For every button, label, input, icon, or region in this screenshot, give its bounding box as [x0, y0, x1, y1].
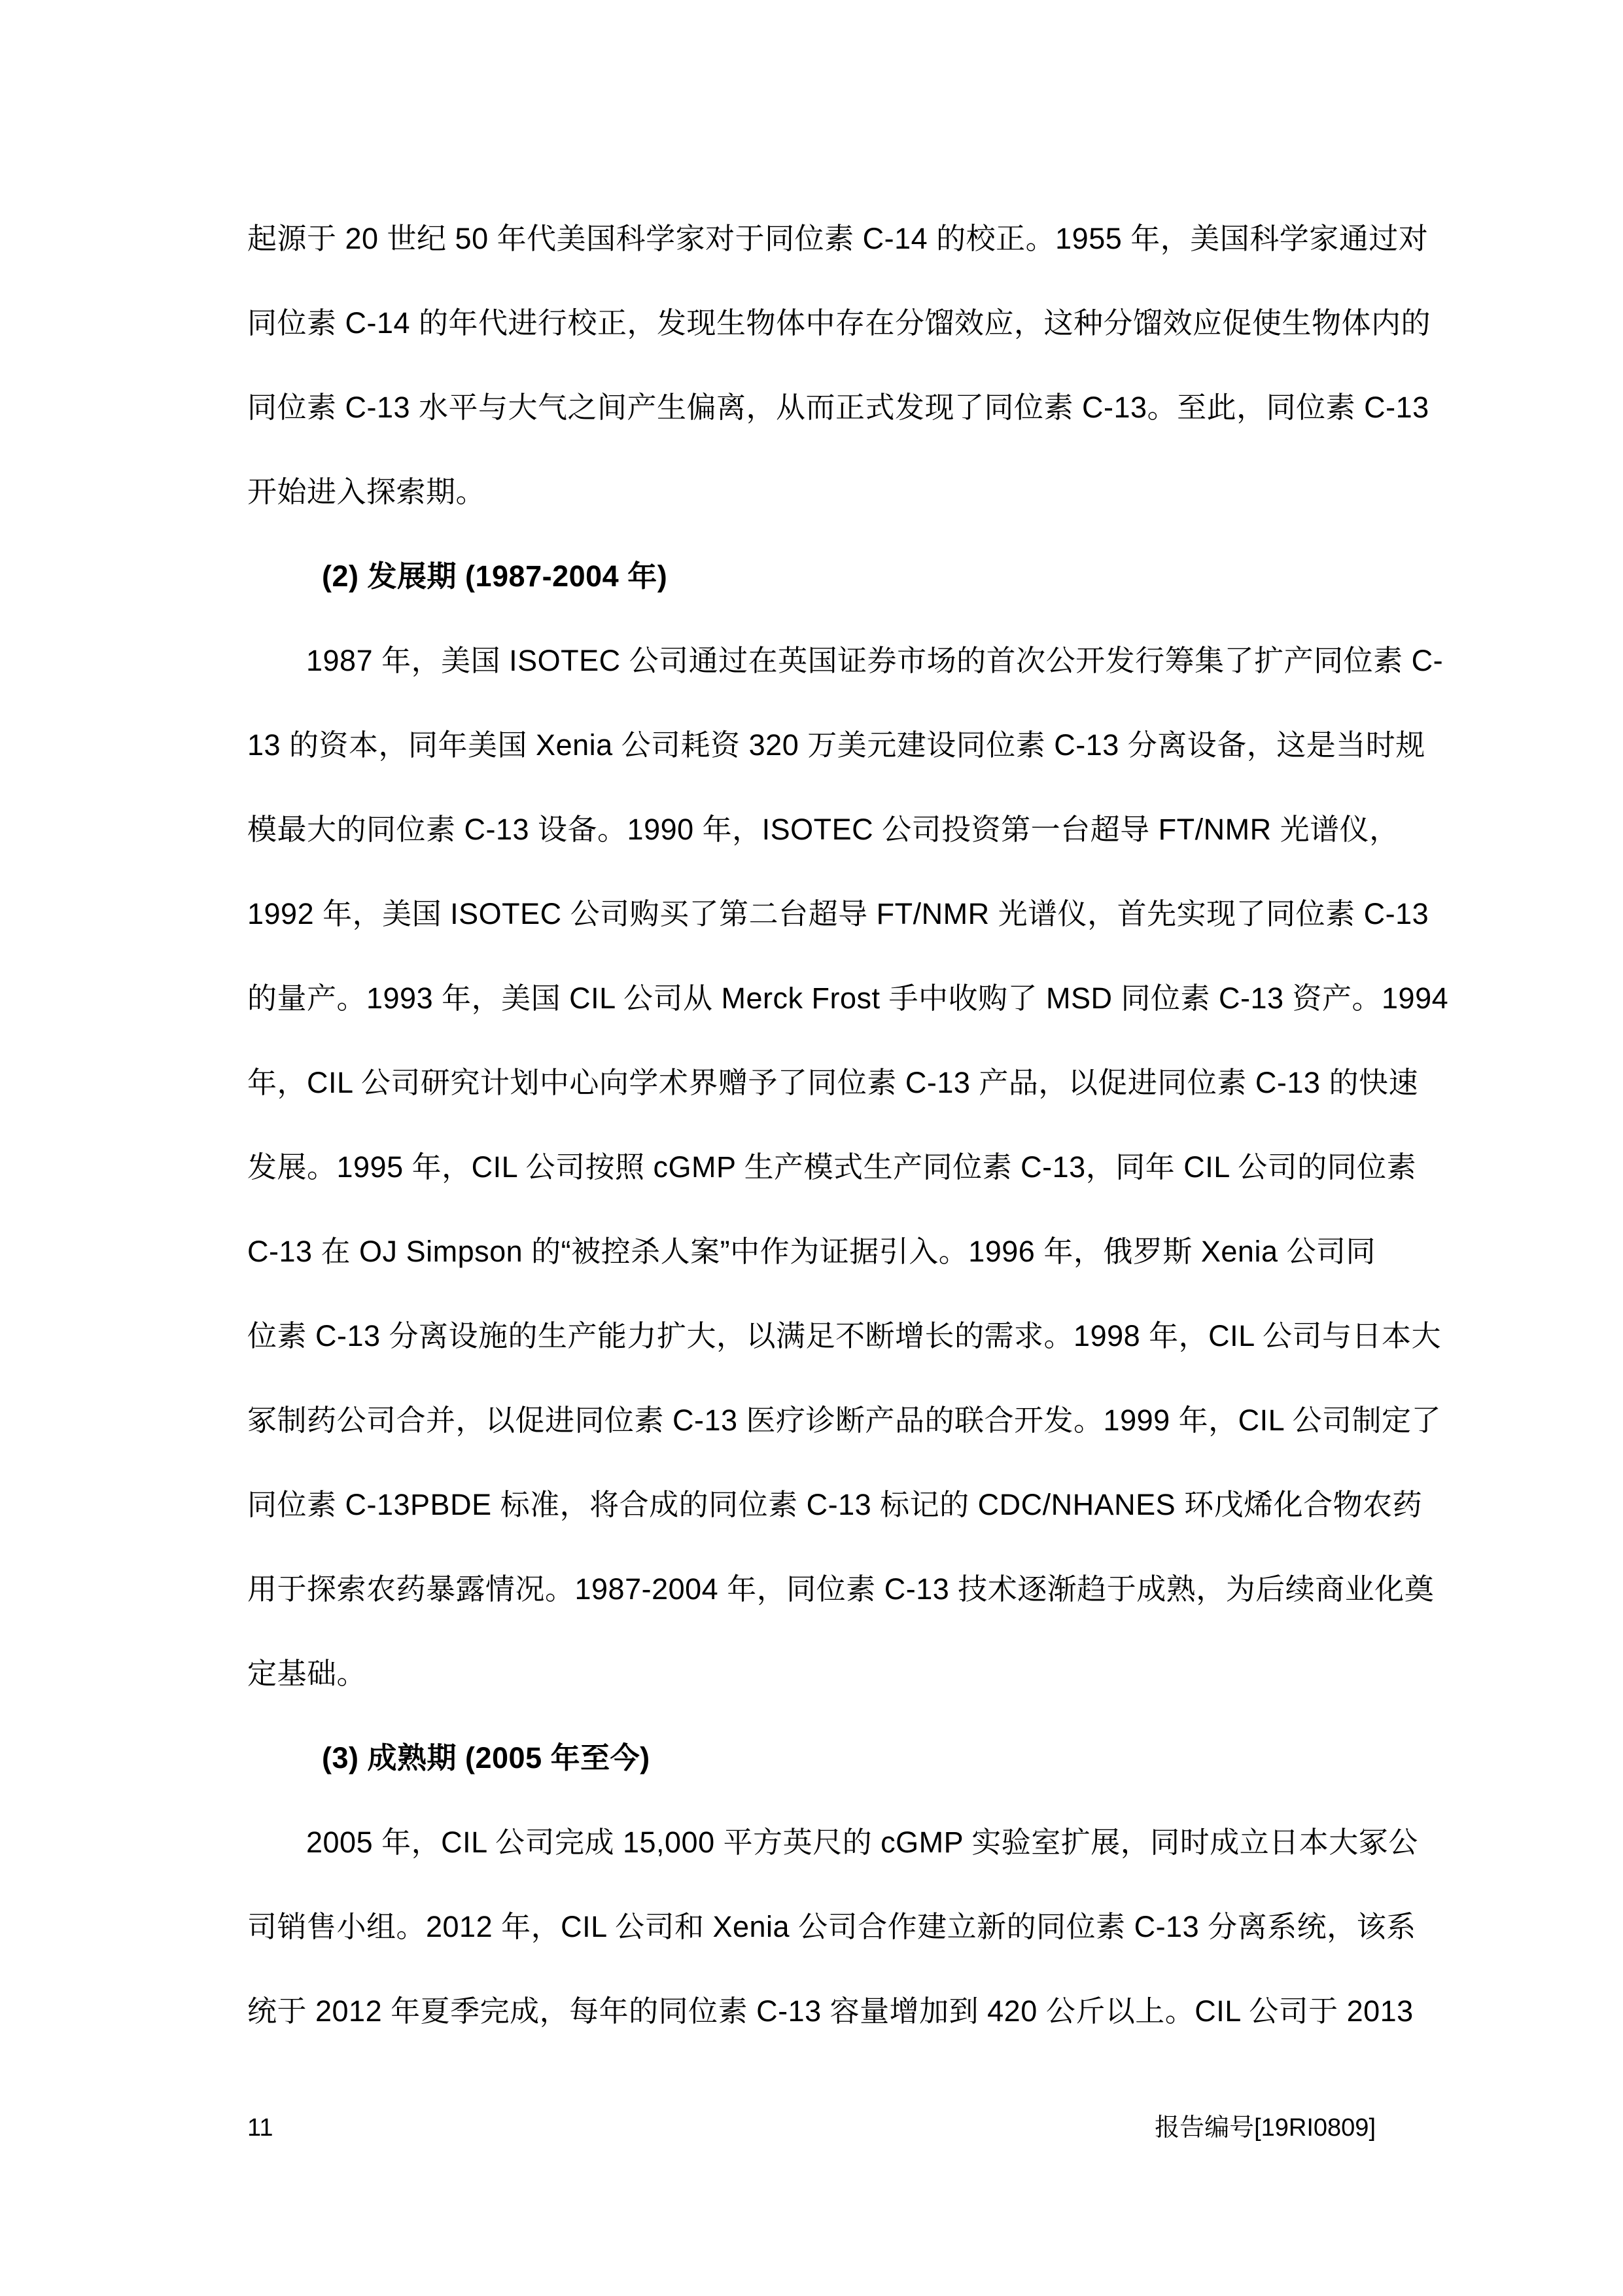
body-line: 发展。1995 年，CIL 公司按照 cGMP 生产模式生产同位素 C-13，同… [247, 1125, 1376, 1209]
body-line: 的量产。1993 年，美国 CIL 公司从 Merck Frost 手中收购了 … [247, 956, 1376, 1040]
body-line: 用于探索农药暴露情况。1987-2004 年，同位素 C-13 技术逐渐趋于成熟… [247, 1547, 1376, 1631]
body-line: 起源于 20 世纪 50 年代美国科学家对于同位素 C-14 的校正。1955 … [247, 196, 1376, 281]
page-number: 11 [247, 2095, 273, 2161]
body-line: 2005 年，CIL 公司完成 15,000 平方英尺的 cGMP 实验室扩展，… [247, 1800, 1376, 1884]
body-line: 同位素 C-13 水平与大气之间产生偏离，从而正式发现了同位素 C-13。至此，… [247, 365, 1376, 450]
body-line: 冢制药公司合并，以促进同位素 C-13 医疗诊断产品的联合开发。1999 年，C… [247, 1378, 1376, 1462]
body-line: 同位素 C-13PBDE 标准，将合成的同位素 C-13 标记的 CDC/NHA… [247, 1462, 1376, 1547]
body-line: 开始进入探索期。 [247, 450, 1376, 534]
body-line: 模最大的同位素 C-13 设备。1990 年，ISOTEC 公司投资第一台超导 … [247, 787, 1376, 872]
body-line: 1987 年，美国 ISOTEC 公司通过在英国证券市场的首次公开发行筹集了扩产… [247, 618, 1376, 703]
body-line: 年，CIL 公司研究计划中心向学术界赠予了同位素 C-13 产品，以促进同位素 … [247, 1040, 1376, 1125]
body-line: 司销售小组。2012 年，CIL 公司和 Xenia 公司合作建立新的同位素 C… [247, 1884, 1376, 1969]
page-footer: 11 报告编号[19RI0809] [247, 2095, 1376, 2161]
section-heading-maturity: (3) 成熟期 (2005 年至今) [247, 1716, 1376, 1800]
body-line: 13 的资本，同年美国 Xenia 公司耗资 320 万美元建设同位素 C-13… [247, 703, 1376, 787]
body-line: 1992 年，美国 ISOTEC 公司购买了第二台超导 FT/NMR 光谱仪，首… [247, 872, 1376, 956]
body-line: 定基础。 [247, 1631, 1376, 1716]
report-number: 报告编号[19RI0809] [1155, 2095, 1376, 2161]
body-line: C-13 在 OJ Simpson 的“被控杀人案”中作为证据引入。1996 年… [247, 1209, 1376, 1294]
body-line: 统于 2012 年夏季完成，每年的同位素 C-13 容量增加到 420 公斤以上… [247, 1969, 1376, 2053]
document-page: 起源于 20 世纪 50 年代美国科学家对于同位素 C-14 的校正。1955 … [0, 0, 1623, 2296]
section-heading-development: (2) 发展期 (1987-2004 年) [247, 534, 1376, 618]
body-line: 位素 C-13 分离设施的生产能力扩大，以满足不断增长的需求。1998 年，CI… [247, 1294, 1376, 1378]
body-line: 同位素 C-14 的年代进行校正，发现生物体中存在分馏效应，这种分馏效应促使生物… [247, 281, 1376, 365]
document-body: 起源于 20 世纪 50 年代美国科学家对于同位素 C-14 的校正。1955 … [247, 196, 1376, 2053]
